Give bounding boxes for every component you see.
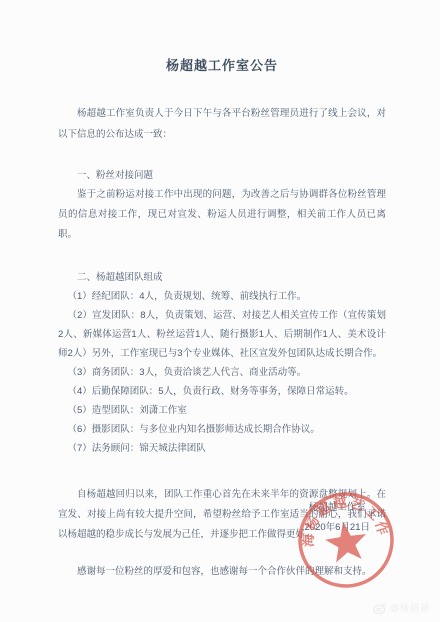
watermark-text: @杨超越 bbox=[390, 601, 430, 614]
document-content: 杨超越工作室公告 杨超越工作室负责人于今日下午与各平台粉丝管理员进行了线上会议，… bbox=[58, 0, 386, 581]
signature-block: 杨超越工作室 2020年6月21日 bbox=[305, 498, 370, 538]
list-item: （2）宣发团队：8人，负责策划、运营、对接艺人相关宣传工作（宣传策划2人、新媒体… bbox=[58, 306, 386, 363]
signature-name: 杨超越工作室 bbox=[305, 498, 370, 518]
signature-date: 2020年6月21日 bbox=[305, 518, 370, 538]
intro-paragraph: 杨超越工作室负责人于今日下午与各平台粉丝管理员进行了线上会议，对以下信息的公布达… bbox=[58, 103, 386, 145]
list-item: （7）法务顾问：锦天城法律团队 bbox=[58, 439, 386, 458]
announcement-document: 杨超越工作室公告 杨超越工作室负责人于今日下午与各平台粉丝管理员进行了线上会议，… bbox=[0, 0, 440, 622]
list-item: （6）摄影团队：与多位业内知名摄影师达成长期合作协议。 bbox=[58, 420, 386, 439]
weibo-icon bbox=[373, 602, 387, 614]
list-item: （1）经纪团队：4人，负责规划、统筹、前线执行工作。 bbox=[58, 287, 386, 306]
list-item: （4）后勤保障团队：5人，负责行政、财务等事务，保障日常运转。 bbox=[58, 382, 386, 401]
section1-heading: 一、粉丝对接问题 bbox=[58, 166, 386, 185]
weibo-watermark: @杨超越 bbox=[373, 601, 430, 614]
section2-heading: 二、杨超越团队组成 bbox=[58, 268, 386, 287]
section1-body: 鉴于之前粉运对接工作中出现的问题，为改善之后与协调群各位粉丝管理员的信息对接工作… bbox=[58, 185, 386, 245]
team-list: （1）经纪团队：4人，负责规划、统筹、前线执行工作。 （2）宣发团队：8人，负责… bbox=[58, 287, 386, 458]
thanks-paragraph: 感谢每一位粉丝的厚爱和包容，也感谢每一个合作伙伴的理解和支持。 bbox=[58, 562, 386, 581]
list-item: （3）商务团队：3人，负责洽谈艺人代言、商业活动等。 bbox=[58, 363, 386, 382]
list-item: （5）造型团队：刘潇工作室 bbox=[58, 401, 386, 420]
document-title: 杨超越工作室公告 bbox=[58, 55, 386, 74]
